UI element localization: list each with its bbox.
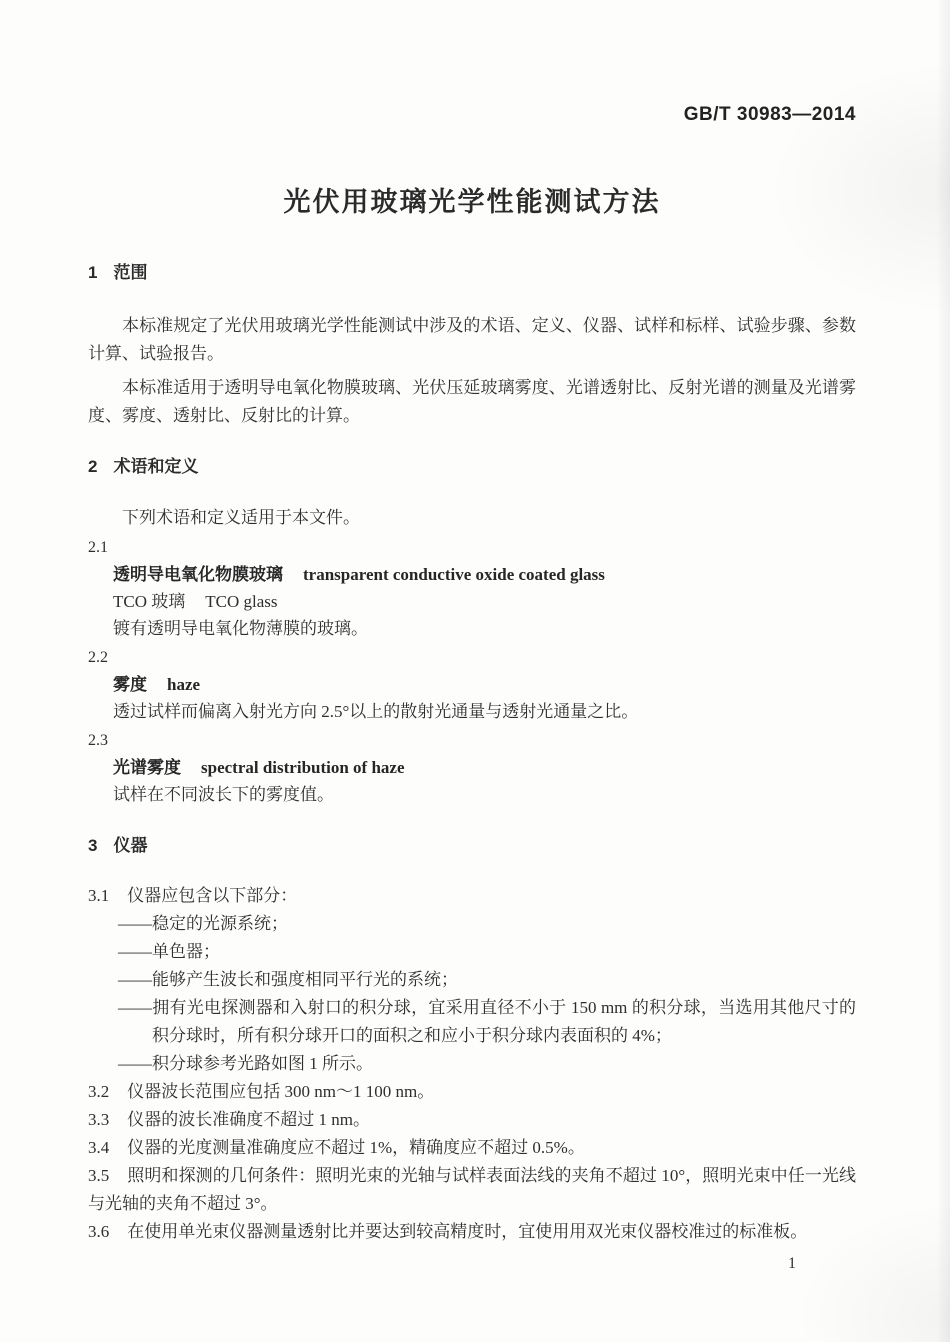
term-2-3-en: spectral distribution of haze xyxy=(201,758,405,777)
scope-paragraph-2: 本标准适用于透明导电氧化物膜玻璃、光伏压延玻璃雾度、光谱透射比、反射光谱的测量及… xyxy=(88,374,856,430)
clause-3-1: 3.1仪器应包含以下部分： xyxy=(88,882,856,910)
section-1-title: 范围 xyxy=(113,263,147,282)
section-3-number: 3 xyxy=(88,836,97,855)
list-item: ——能够产生波长和强度相同平行光的系统； xyxy=(88,966,856,994)
section-1-number: 1 xyxy=(88,263,97,282)
terms-intro: 下列术语和定义适用于本文件。 xyxy=(88,504,856,532)
term-entry-2-3: 2.3 光谱雾度spectral distribution of haze 试样… xyxy=(88,727,856,808)
term-2-2-definition: 透过试样而偏离入射光方向 2.5°以上的散射光通量与透射光通量之比。 xyxy=(88,698,856,725)
section-2-heading: 2术语和定义 xyxy=(88,454,856,480)
term-entry-2-2: 2.2 雾度haze 透过试样而偏离入射光方向 2.5°以上的散射光通量与透射光… xyxy=(88,644,856,725)
clause-3-4-number: 3.4 xyxy=(88,1138,109,1157)
page-number: 1 xyxy=(88,1252,856,1276)
term-2-3-number: 2.3 xyxy=(88,727,856,754)
section-3-title: 仪器 xyxy=(113,836,147,855)
clause-3-4: 3.4仪器的光度测量准确度应不超过 1%，精确度应不超过 0.5%。 xyxy=(88,1134,856,1162)
clause-3-5-text: 照明和探测的几何条件：照明光束的光轴与试样表面法线的夹角不超过 10°，照明光束… xyxy=(88,1166,856,1213)
term-2-1-term: 透明导电氧化物膜玻璃transparent conductive oxide c… xyxy=(88,561,856,588)
section-2-title: 术语和定义 xyxy=(113,457,198,476)
term-2-1-alias-en: TCO glass xyxy=(205,592,277,611)
section-2-number: 2 xyxy=(88,457,97,476)
term-2-1-alias-zh: TCO 玻璃 xyxy=(113,592,185,611)
term-2-1-number: 2.1 xyxy=(88,534,856,561)
list-item: ——拥有光电探测器和入射口的积分球，宜采用直径不小于 150 mm 的积分球，当… xyxy=(88,994,856,1050)
term-2-1-alias: TCO 玻璃TCO glass xyxy=(88,588,856,615)
term-2-3-definition: 试样在不同波长下的雾度值。 xyxy=(88,781,856,808)
section-3-heading: 3仪器 xyxy=(88,833,856,859)
clause-3-3: 3.3仪器的波长准确度不超过 1 nm。 xyxy=(88,1106,856,1134)
instrument-parts-list: ——稳定的光源系统； ——单色器； ——能够产生波长和强度相同平行光的系统； —… xyxy=(88,910,856,1078)
clause-3-6-text: 在使用单光束仪器测量透射比并要达到较高精度时，宜使用用双光束仪器校准过的标准板。 xyxy=(127,1222,807,1241)
term-2-1-definition: 镀有透明导电氧化物薄膜的玻璃。 xyxy=(88,615,856,642)
term-2-2-term: 雾度haze xyxy=(88,671,856,698)
term-2-2-en: haze xyxy=(167,675,200,694)
clause-3-2-number: 3.2 xyxy=(88,1082,109,1101)
clause-3-5-number: 3.5 xyxy=(88,1166,109,1185)
standard-code: GB/T 30983—2014 xyxy=(88,104,856,126)
clause-3-1-text: 仪器应包含以下部分： xyxy=(127,886,297,905)
term-2-2-number: 2.2 xyxy=(88,644,856,671)
clause-3-4-text: 仪器的光度测量准确度应不超过 1%，精确度应不超过 0.5%。 xyxy=(127,1138,585,1157)
list-item: ——稳定的光源系统； xyxy=(88,910,856,938)
clause-3-6-number: 3.6 xyxy=(88,1222,109,1241)
term-entry-2-1: 2.1 透明导电氧化物膜玻璃transparent conductive oxi… xyxy=(88,534,856,642)
list-item: ——单色器； xyxy=(88,938,856,966)
term-2-1-en: transparent conductive oxide coated glas… xyxy=(303,565,605,584)
section-1-heading: 1范围 xyxy=(88,260,856,286)
list-item: ——积分球参考光路如图 1 所示。 xyxy=(88,1050,856,1078)
clause-3-6: 3.6在使用单光束仪器测量透射比并要达到较高精度时，宜使用用双光束仪器校准过的标… xyxy=(88,1218,856,1246)
term-2-1-zh: 透明导电氧化物膜玻璃 xyxy=(113,565,283,584)
clause-3-1-number: 3.1 xyxy=(88,886,109,905)
clause-3-2: 3.2仪器波长范围应包括 300 nm～1 100 nm。 xyxy=(88,1078,856,1106)
term-2-3-term: 光谱雾度spectral distribution of haze xyxy=(88,754,856,781)
clause-3-3-number: 3.3 xyxy=(88,1110,109,1129)
scope-paragraph-1: 本标准规定了光伏用玻璃光学性能测试中涉及的术语、定义、仪器、试样和标样、试验步骤… xyxy=(88,312,856,368)
term-2-3-zh: 光谱雾度 xyxy=(113,758,181,777)
term-2-2-zh: 雾度 xyxy=(113,675,147,694)
clause-3-5: 3.5照明和探测的几何条件：照明光束的光轴与试样表面法线的夹角不超过 10°，照… xyxy=(88,1162,856,1218)
clause-3-3-text: 仪器的波长准确度不超过 1 nm。 xyxy=(127,1110,370,1129)
document-title: 光伏用玻璃光学性能测试方法 xyxy=(88,184,856,220)
document-page: GB/T 30983—2014 光伏用玻璃光学性能测试方法 1范围 本标准规定了… xyxy=(0,0,950,1342)
clause-3-2-text: 仪器波长范围应包括 300 nm～1 100 nm。 xyxy=(127,1082,434,1101)
